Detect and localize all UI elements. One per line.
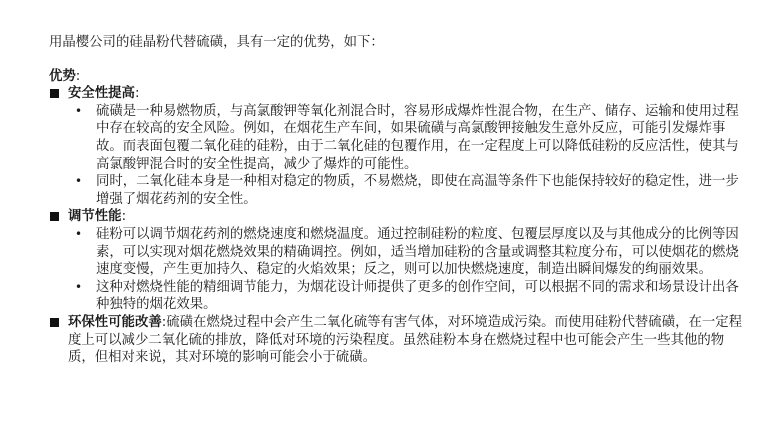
list-item: •硫磺是一种易燃物质，与高氯酸钾等氧化剂混合时，容易形成爆炸性混合物，在生产、储… (96, 103, 749, 173)
list-item: •同时，二氧化硅本身是一种相对稳定的物质，不易燃烧，即使在高温等条件下也能保持较… (96, 173, 749, 208)
advantages-heading: 优势: (49, 68, 749, 86)
bullet-dot-icon: • (75, 173, 82, 191)
section-safety: 安全性提高: •硫磺是一种易燃物质，与高氯酸钾等氧化剂混合时，容易形成爆炸性混合… (49, 85, 749, 208)
point-text: 硫磺是一种易燃物质，与高氯酸钾等氧化剂混合时，容易形成爆炸性混合物，在生产、储存… (96, 104, 739, 172)
section-colon: : (122, 209, 127, 224)
intro-text: 用晶樱公司的硅晶粉代替硫磺，具有一定的优势，如下： (49, 34, 749, 52)
black-square-icon (50, 89, 59, 98)
section-title: 调节性能 (68, 209, 122, 224)
section-title: 安全性提高 (68, 86, 135, 101)
bullet-dot-icon: • (75, 279, 82, 297)
bullet-dot-icon: • (75, 103, 82, 121)
point-list: •硅粉可以调节烟花药剂的燃烧速度和燃烧温度。通过控制硅粉的粒度、包覆层厚度以及与… (68, 226, 749, 314)
section-environment: 环保性可能改善:硫磺在燃烧过程中会产生二氧化硫等有害气体，对环境造成污染。而使用… (49, 314, 749, 367)
heading-label: 优势 (49, 69, 76, 84)
list-item: •硅粉可以调节烟花药剂的燃烧速度和燃烧温度。通过控制硅粉的粒度、包覆层厚度以及与… (96, 226, 749, 279)
heading-colon: : (76, 69, 81, 84)
bullet-dot-icon: • (75, 226, 82, 244)
section-tuning: 调节性能: •硅粉可以调节烟花药剂的燃烧速度和燃烧温度。通过控制硅粉的粒度、包覆… (49, 208, 749, 314)
section-body: 硫磺在燃烧过程中会产生二氧化硫等有害气体，对环境造成污染。而使用硅粉代替硫磺，在… (68, 315, 742, 365)
point-list: •硫磺是一种易燃物质，与高氯酸钾等氧化剂混合时，容易形成爆炸性混合物，在生产、储… (68, 103, 749, 209)
black-square-icon (50, 212, 59, 221)
point-text: 同时，二氧化硅本身是一种相对稳定的物质，不易燃烧，即使在高温等条件下也能保持较好… (96, 174, 739, 207)
black-square-icon (50, 318, 59, 327)
list-item: •这种对燃烧性能的精细调节能力，为烟花设计师提供了更多的创作空间，可以根据不同的… (96, 279, 749, 314)
document: 用晶樱公司的硅晶粉代替硫磺，具有一定的优势，如下： 优势: 安全性提高: •硫磺… (49, 34, 749, 367)
section-title: 环保性可能改善 (68, 315, 162, 330)
point-text: 这种对燃烧性能的精细调节能力，为烟花设计师提供了更多的创作空间，可以根据不同的需… (96, 280, 739, 313)
section-colon: : (135, 86, 140, 101)
point-text: 硅粉可以调节烟花药剂的燃烧速度和燃烧温度。通过控制硅粉的粒度、包覆层厚度以及与其… (96, 227, 739, 277)
